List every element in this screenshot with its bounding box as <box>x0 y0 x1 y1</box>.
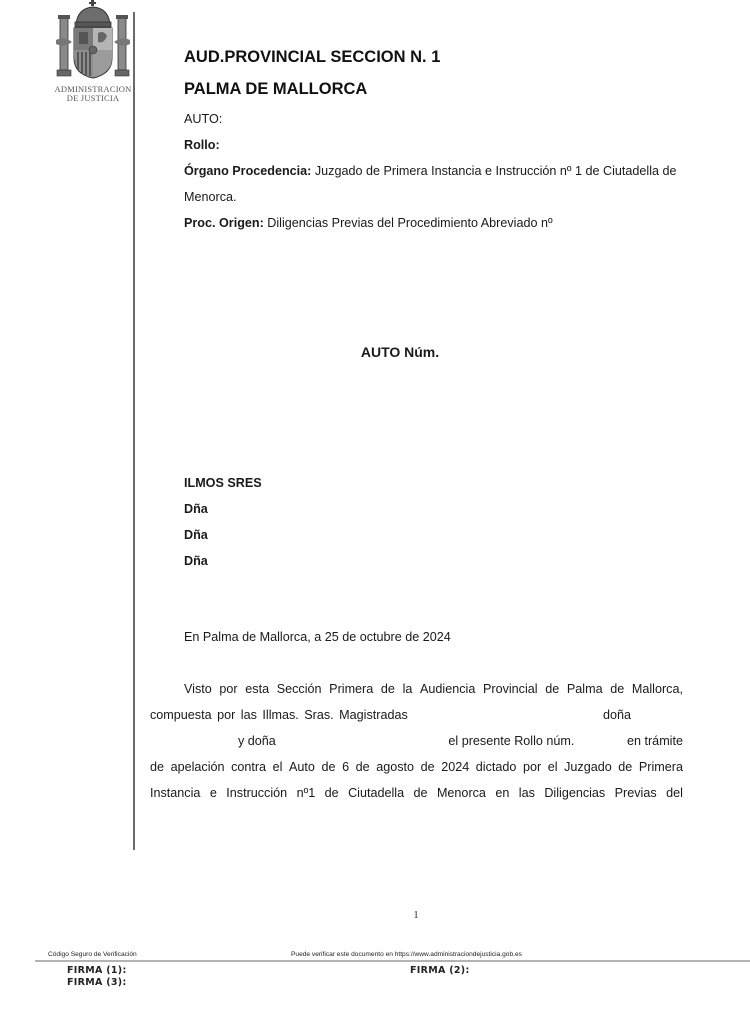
margin-rule <box>133 12 135 850</box>
body-word: de <box>610 676 624 702</box>
body-word: dictado <box>476 754 517 780</box>
proc-origen-value: Diligencias Previas del Procedimiento Ab… <box>267 216 552 230</box>
organo-value-line1: Juzgado de Primera Instancia e Instrucci… <box>315 164 677 178</box>
body-word: e <box>210 780 217 806</box>
body-word: contra <box>231 754 266 780</box>
body-word: el <box>548 754 558 780</box>
body-word: Sección <box>277 676 322 702</box>
body-word: Audiencia <box>420 676 475 702</box>
body-word: por <box>219 676 237 702</box>
body-word: Provincial <box>483 676 538 702</box>
body-word: Visto <box>184 676 212 702</box>
body-word: de <box>150 754 164 780</box>
body-word: Palma <box>567 676 603 702</box>
body-word: agosto <box>376 754 414 780</box>
body-line-1: VistoporestaSecciónPrimeradelaAudienciaP… <box>150 676 683 702</box>
body-word: en <box>495 780 509 806</box>
body-word: de <box>325 780 339 806</box>
body-word: de <box>421 754 435 780</box>
rollo-label: Rollo: <box>184 138 220 152</box>
proc-origen-field: Proc. Origen: Diligencias Previas del Pr… <box>184 216 553 230</box>
body-word: Auto <box>289 754 315 780</box>
verify-text: Puede verificar este documento en https:… <box>291 951 522 958</box>
footer-separator <box>35 960 750 962</box>
body-word: Diligencias <box>544 780 605 806</box>
csv-label: Código Seguro de Verificación <box>48 951 137 958</box>
document-title: AUTO Núm. <box>0 344 750 360</box>
body-word: de <box>545 676 559 702</box>
body-paragraph: VistoporestaSecciónPrimeradelaAudienciaP… <box>150 676 683 806</box>
firma-2: FIRMA (2): <box>410 965 470 976</box>
date-line: En Palma de Mallorca, a 25 de octubre de… <box>184 630 451 644</box>
body-word: de <box>381 676 395 702</box>
body-word: 2024 <box>441 754 469 780</box>
organo-label: Órgano Procedencia: <box>184 164 311 178</box>
coat-of-arms-icon <box>54 0 132 82</box>
body-line-3: y doña el presente Rollo núm. en trámite <box>150 728 683 754</box>
body-word: 6 <box>342 754 349 780</box>
body-word: Ciutadella <box>348 780 404 806</box>
body-word: de <box>618 754 632 780</box>
administracion-justicia-emblem: ADMINISTRACION DE JUSTICIA <box>52 0 134 112</box>
proc-origen-label: Proc. Origen: <box>184 216 264 230</box>
auto-label: AUTO: <box>184 112 222 126</box>
rollo-field: Rollo: <box>184 138 220 152</box>
auto-field: AUTO: <box>184 112 222 126</box>
magistrate-2: Dña <box>184 528 208 542</box>
body-word: apelación <box>171 754 225 780</box>
body-line-5: InstanciaeInstrucciónnº1deCiutadelladeMe… <box>150 780 683 806</box>
magistrate-3: Dña <box>184 554 208 568</box>
organo-value-line2: Menorca. <box>184 190 237 204</box>
body-line-3-a: y doña <box>238 728 276 754</box>
body-word: Instrucción <box>226 780 287 806</box>
firma-3: FIRMA (3): <box>67 977 127 988</box>
body-line-2-left: compuesta por las Illmas. Sras. Magistra… <box>150 702 408 728</box>
body-word: el <box>273 754 283 780</box>
body-word: esta <box>245 676 269 702</box>
magistrate-1: Dña <box>184 502 208 516</box>
body-line-3-c: en trámite <box>627 728 683 754</box>
body-line-2-right: doña <box>603 702 631 728</box>
organo-field: Órgano Procedencia: Juzgado de Primera I… <box>184 164 677 178</box>
body-word: por <box>523 754 541 780</box>
body-word: Primera <box>329 676 373 702</box>
body-word: Juzgado <box>564 754 612 780</box>
firma-1: FIRMA (1): <box>67 965 127 976</box>
body-line-3-b: el presente Rollo núm. <box>448 728 574 754</box>
body-word: de <box>322 754 336 780</box>
body-word: Previas <box>615 780 657 806</box>
body-line-2: compuesta por las Illmas. Sras. Magistra… <box>150 702 683 728</box>
body-word: del <box>666 780 683 806</box>
body-word: Primera <box>639 754 683 780</box>
court-city: PALMA DE MALLORCA <box>184 80 367 99</box>
body-word: las <box>519 780 535 806</box>
body-line-4: deapelacióncontraelAutode6deagostode2024… <box>150 754 683 780</box>
body-word: nº1 <box>297 780 316 806</box>
page-number: 1 <box>0 910 750 921</box>
emblem-caption-line2: DE JUSTICIA <box>52 94 134 103</box>
body-word: Mallorca, <box>632 676 683 702</box>
court-title: AUD.PROVINCIAL SECCION N. 1 <box>184 48 440 67</box>
body-word: Menorca <box>437 780 486 806</box>
body-word: de <box>356 754 370 780</box>
body-word: de <box>414 780 428 806</box>
magistrates-heading: ILMOS SRES <box>184 476 262 490</box>
body-word: la <box>403 676 413 702</box>
body-word: Instancia <box>150 780 200 806</box>
